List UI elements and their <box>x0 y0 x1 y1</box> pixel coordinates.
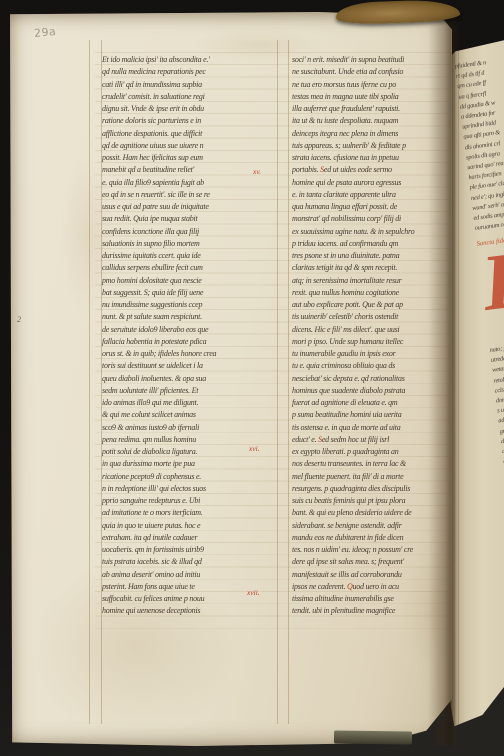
folio-number: 29a <box>33 25 56 40</box>
text-line: manebit qd a beatitudine reliet' <box>102 164 266 176</box>
text-line: ratione doloris sic parturiens e in <box>102 115 266 127</box>
text-line: n in redeptione illi' qui electos suos <box>102 483 266 495</box>
text-line: & qui me colunt scilicet animas <box>102 409 266 421</box>
text-line: cati illi' qd in imundissima supbia <box>102 79 266 91</box>
text-line: in qua durissima morte ipe pua <box>102 458 266 470</box>
text-line: eo qd in se n reuertit'. sic ille in se … <box>102 189 266 201</box>
quire-mark: 2 <box>17 315 21 324</box>
facing-page-fragment: pfuidentl & nrt qd ds tlf dqm cu ede ffu… <box>450 36 504 736</box>
chapter-number-xvii: xvii. <box>247 588 260 597</box>
rubricated-initial: S <box>320 165 324 174</box>
text-line: de seruitute idolo9 liberabo eos que <box>102 324 266 336</box>
manuscript-photo: pfuidentl & nrt qd ds tlf dqm cu ede ffu… <box>0 0 504 756</box>
text-line: psterint. Ham fons aque uiue te <box>102 581 266 593</box>
text-line: confidens iconctione illa qua filij <box>102 226 266 238</box>
chapter-number-xvi: xvi. <box>249 444 260 453</box>
rubricated-initial: S <box>318 435 322 444</box>
gutter-shadow <box>428 12 458 746</box>
book-cradle-strip <box>334 730 412 744</box>
text-line: pprio sanguine redepturus e. Ubi <box>102 495 266 507</box>
text-line: suffocabit. cu felices anime p nouu <box>102 593 266 605</box>
text-line: nu imundissime suggestionis ccep <box>102 299 266 311</box>
text-line: ido animas illo9 qui me diligunt. <box>102 397 266 409</box>
text-line: toris sui destituunt se uidelicet i la <box>102 360 266 372</box>
text-line: e. quia illa filio9 sapientia fugit ab <box>102 177 266 189</box>
manuscript-page-verso: 29a 2 Et ido malicia ipsi' ita abscondit… <box>10 12 452 746</box>
text-line: afflictione despationis. que difficit <box>102 128 266 140</box>
text-line: pena redima. qm nullus hominu <box>102 434 266 446</box>
text-line: callidus serpens ebullire fecit cum <box>102 262 266 274</box>
text-line: sco9 & animas iusto9 ab ifernali <box>102 422 266 434</box>
vertical-ruling-line <box>89 40 90 724</box>
text-line: usus e qui ad patre suu de iniquitate <box>102 201 266 213</box>
text-line: queu diaboli inoluentes. & opa sua <box>102 373 266 385</box>
text-line: quia in quo te uiuere putas. hoc e <box>102 520 266 532</box>
text-line: crudelit' comisit. in saluatione regi <box>102 91 266 103</box>
text-line: fallacia habentia in potestate pdica <box>102 336 266 348</box>
text-line: pmo homini dolositate qua nescie <box>102 275 266 287</box>
text-column-left: Et ido malicia ipsi' ita abscondita e.'q… <box>102 54 266 618</box>
text-line: ab anima deserit' omino ad initiu <box>102 569 266 581</box>
text-line: saluationis in supno filio mortem <box>102 238 266 250</box>
rubricated-initial: Q <box>347 582 353 591</box>
text-line: qd nulla medicina reparationis pec <box>102 66 266 78</box>
vertical-ruling-line <box>288 40 289 724</box>
text-line: bat suggessit. S; quia ide filij uene <box>102 287 266 299</box>
text-line: dignu sit. Vnde & ipse erit in obdu <box>102 103 266 115</box>
text-line: extraham. ita qd inutile cadauer <box>102 532 266 544</box>
chapter-number-xv: xv. <box>253 167 261 176</box>
text-line: sua rediit. Quia ipe nuqua stabit <box>102 213 266 225</box>
text-line: uocaberis. qm in fortissimis uirib9 <box>102 544 266 556</box>
text-line: potit solui de diabolica ligatura. <box>102 446 266 458</box>
text-line: homine qui uenenose deceptionis <box>102 605 266 617</box>
text-line: qd de agnitione uiuus sue uiuere n <box>102 140 266 152</box>
text-line: durissime iquitatis ccert. quia ide <box>102 250 266 262</box>
text-line: tuis pstrata iacebis. sic & illud qd <box>102 556 266 568</box>
illuminated-initial-d: D <box>477 236 504 326</box>
text-line: nunt. & pt salute suam respiciunt. <box>102 311 266 323</box>
text-line: orus st. & in quib; ifideles honore crea <box>102 348 266 360</box>
text-line: ricatione pcepto9 di cophensus e. <box>102 471 266 483</box>
text-line: Et ido malicia ipsi' ita abscondita e.' <box>102 54 266 66</box>
text-line: possit. Ham hec ifelicitas sup eum <box>102 152 266 164</box>
text-line: sedm uoluntate illi' pficientes. Et <box>102 385 266 397</box>
facing-page-upper-text: pfuidentl & nrt qd ds tlf dqm cu ede ffu… <box>454 58 504 235</box>
text-line: ad imitatione te o mors iterficiam. <box>102 507 266 519</box>
facing-page-lower-text: nato; phdr reutredas agnwetam. x cldreta… <box>489 342 504 569</box>
vertical-ruling-line <box>277 40 278 724</box>
